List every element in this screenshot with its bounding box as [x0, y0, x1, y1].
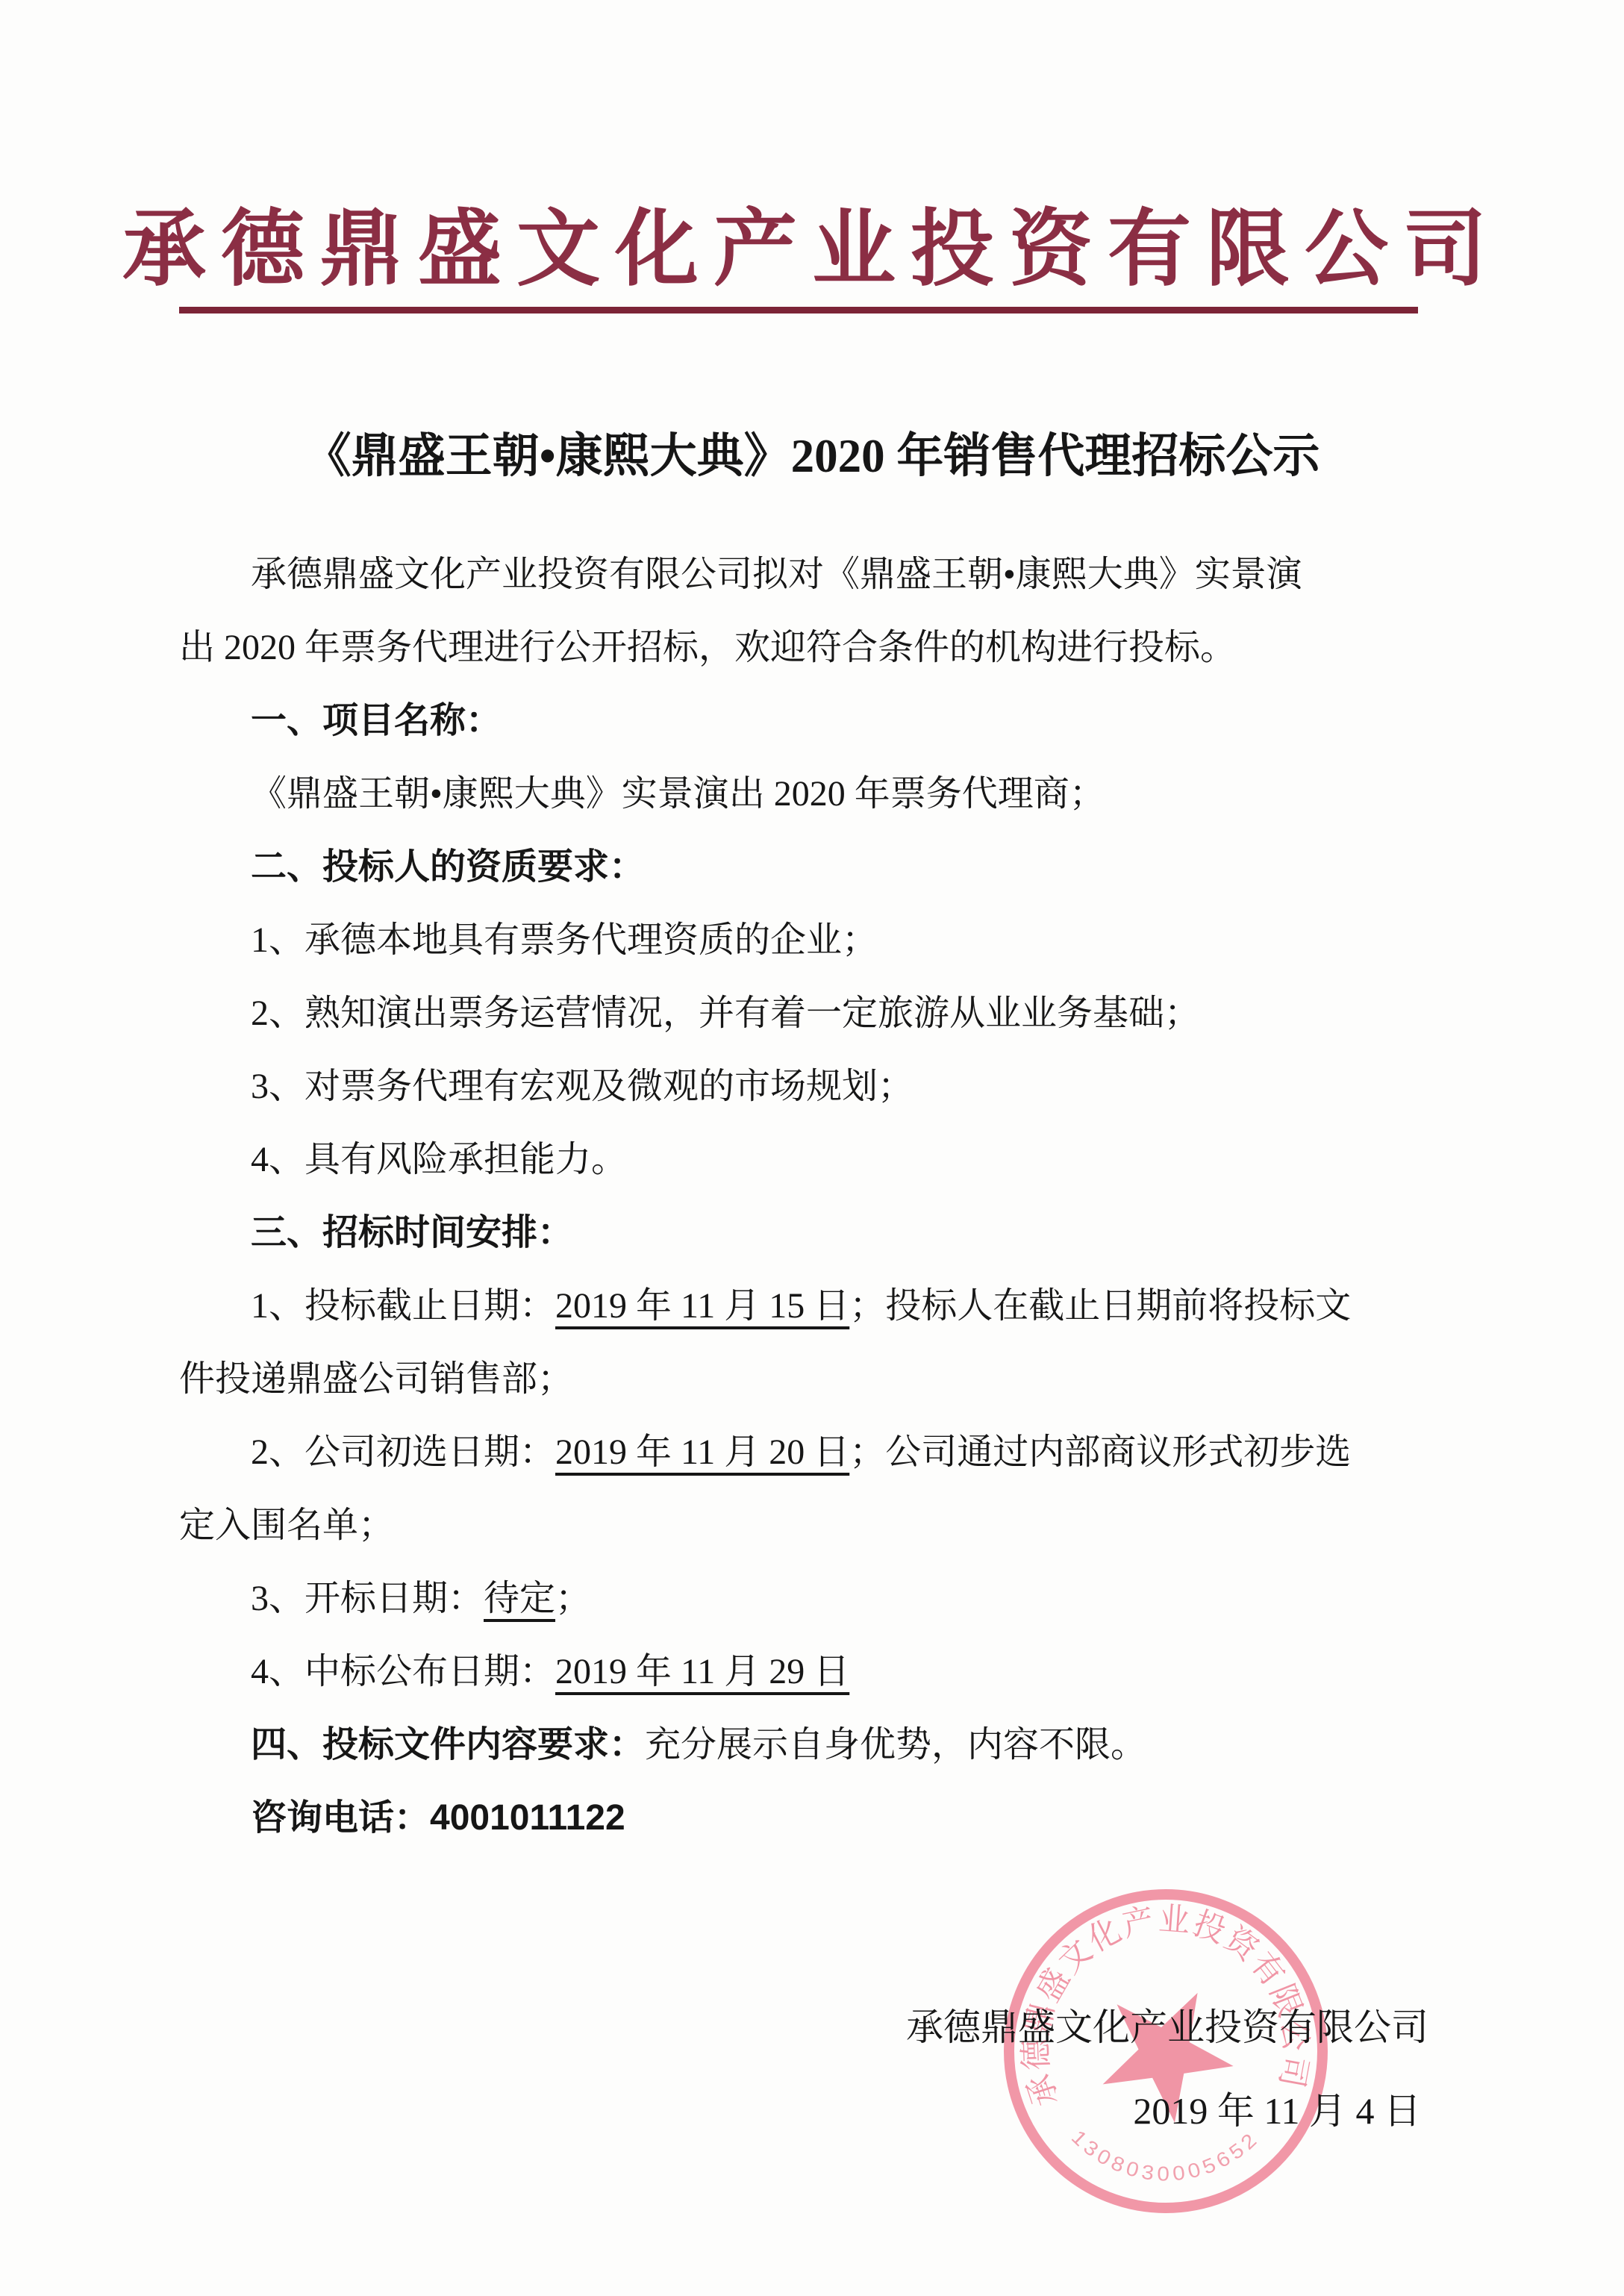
- deadline-date-underlined: 2019 年 11 月 15 日: [555, 1286, 849, 1326]
- phone-line: 咨询电话：4001011122: [179, 1782, 1455, 1855]
- section-1-heading: 一、项目名称：: [179, 684, 1455, 758]
- section-2-item-2: 2、熟知演出票务运营情况，并有着一定旅游从业业务基础；: [179, 977, 1455, 1050]
- letterhead-divider-rule: [179, 307, 1418, 313]
- section-2-item-4: 4、具有风险承担能力。: [179, 1123, 1455, 1197]
- section-2-item-3: 3、对票务代理有宏观及微观的市场规划；: [179, 1050, 1455, 1123]
- phone-number: 4001011122: [430, 1798, 625, 1838]
- section-4-line: 四、投标文件内容要求：充分展示自身优势，内容不限。: [179, 1709, 1455, 1782]
- section-3-heading: 三、招标时间安排：: [179, 1197, 1455, 1270]
- section-1-item: 《鼎盛王朝•康熙大典》实景演出 2020 年票务代理商；: [179, 758, 1455, 831]
- preselection-date-underlined: 2019 年 11 月 20 日: [555, 1432, 849, 1472]
- section-3-item-2: 2、公司初选日期：2019 年 11 月 20 日；公司通过内部商议形式初步选: [179, 1416, 1455, 1489]
- section-3-item-1: 1、投标截止日期：2019 年 11 月 15 日；投标人在截止日期前将投标文: [179, 1270, 1455, 1343]
- letterhead-company-name: 承德鼎盛文化产业投资有限公司: [0, 200, 1624, 300]
- section-3-item-2-continuation: 定入围名单；: [179, 1489, 1455, 1562]
- opening-date-underlined: 待定: [484, 1579, 555, 1618]
- document-title: 《鼎盛王朝•康熙大典》2020 年销售代理招标公示: [0, 418, 1624, 486]
- intro-line-1: 承德鼎盛文化产业投资有限公司拟对《鼎盛王朝•康熙大典》实景演: [179, 538, 1455, 611]
- section-3-item-3: 3、开标日期：待定；: [179, 1562, 1455, 1635]
- section-3-item-1-continuation: 件投递鼎盛公司销售部；: [179, 1343, 1455, 1416]
- scanned-document-page: 承德鼎盛文化产业投资有限公司 《鼎盛王朝•康熙大典》2020 年销售代理招标公示…: [0, 0, 1624, 2296]
- section-3-item-4: 4、中标公布日期：2019 年 11 月 29 日: [179, 1635, 1455, 1709]
- signature-date: 2019 年 11 月 4 日: [1133, 2081, 1421, 2135]
- signature-company-name: 承德鼎盛文化产业投资有限公司: [906, 1997, 1428, 2051]
- document-body: 承德鼎盛文化产业投资有限公司拟对《鼎盛王朝•康熙大典》实景演 出 2020 年票…: [179, 538, 1455, 1855]
- company-seal-stamp: 承德鼎盛文化产业投资有限公司 1308030005652: [999, 1884, 1333, 2218]
- section-2-item-1: 1、承德本地具有票务代理资质的企业；: [179, 904, 1455, 977]
- section-2-heading: 二、投标人的资质要求：: [179, 831, 1455, 904]
- award-date-underlined: 2019 年 11 月 29 日: [555, 1652, 849, 1691]
- intro-line-2: 出 2020 年票务代理进行公开招标，欢迎符合条件的机构进行投标。: [179, 611, 1455, 684]
